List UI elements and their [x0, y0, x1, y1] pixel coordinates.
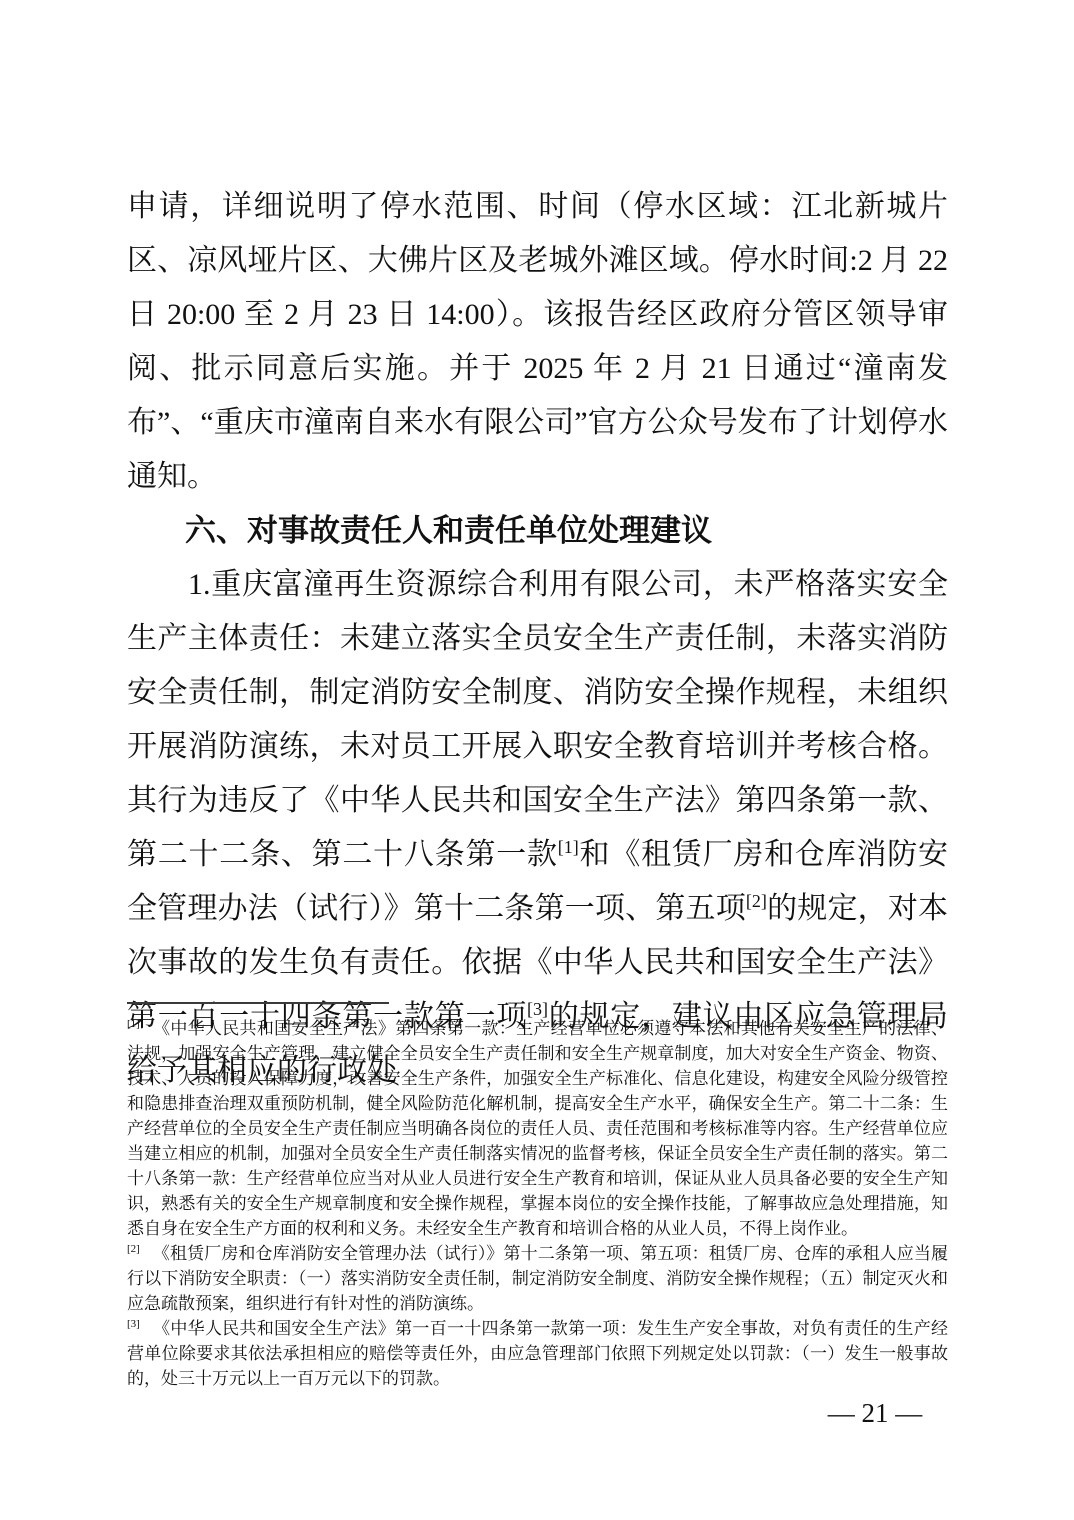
footnote-3-text: 《中华人民共和国安全生产法》第一百一十四条第一款第一项：发生生产安全事故，对负有… [127, 1319, 948, 1388]
footnote-2: [2]《租赁厂房和仓库消防安全管理办法（试行）》第十二条第一项、第五项：租赁厂房… [127, 1241, 948, 1316]
footnote-1: [1]《中华人民共和国安全生产法》第四条第一款：生产经营单位必须遵守本法和其他有… [127, 1016, 948, 1241]
footnote-ref-1: [1] [558, 837, 579, 857]
footnote-1-marker: [1] [127, 1018, 140, 1030]
main-text-block: 申请，详细说明了停水范围、时间（停水区域：江北新城片区、凉风垭片区、大佛片区及老… [127, 180, 948, 1098]
footnote-1-text: 《中华人民共和国安全生产法》第四条第一款：生产经营单位必须遵守本法和其他有关安全… [127, 1019, 948, 1238]
footnote-separator [127, 1002, 389, 1004]
footnote-2-marker: [2] [127, 1243, 140, 1255]
footnote-3: [3]《中华人民共和国安全生产法》第一百一十四条第一款第一项：发生生产安全事故，… [127, 1316, 948, 1391]
footnotes-block: [1]《中华人民共和国安全生产法》第四条第一款：生产经营单位必须遵守本法和其他有… [127, 992, 948, 1391]
footnote-2-text: 《租赁厂房和仓库消防安全管理办法（试行）》第十二条第一项、第五项：租赁厂房、仓库… [127, 1244, 948, 1313]
continuation-paragraph: 申请，详细说明了停水范围、时间（停水区域：江北新城片区、凉风垭片区、大佛片区及老… [127, 180, 948, 504]
footnote-ref-2: [2] [746, 891, 767, 911]
document-page: 申请，详细说明了停水范围、时间（停水区域：江北新城片区、凉风垭片区、大佛片区及老… [0, 0, 1074, 1520]
page-number: — 21 — [820, 1398, 930, 1428]
section-heading: 六、对事故责任人和责任单位处理建议 [127, 504, 948, 558]
footnote-3-marker: [3] [127, 1318, 140, 1330]
paragraph-1-text: 1.重庆富潼再生资源综合利用有限公司，未严格落实安全生产主体责任：未建立落实全员… [127, 568, 948, 871]
